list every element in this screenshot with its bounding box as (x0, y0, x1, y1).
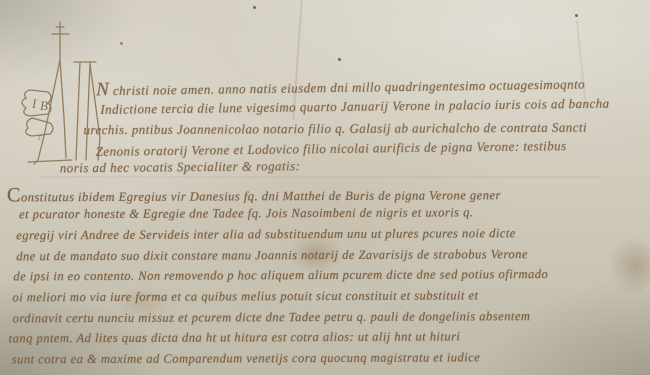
manuscript-line: Constitutus ibidem Egregius vir Danesius… (7, 182, 501, 207)
manuscript-line: ordinavit certu nunciu missuz et pcurem … (13, 309, 531, 326)
manuscript-page: I B c N christi noie amen. anno natis ei… (0, 0, 650, 375)
manuscript-line: sunt cotra ea & maxime ad Comparendum ve… (12, 350, 481, 367)
manuscript-line: et pcurator honeste & Egregie dne Tadee … (19, 205, 473, 222)
manuscript-line: oi meliori mo via iure forma et ca quibu… (12, 288, 478, 305)
manuscript-line: dne ut de mandato suo dixit constare man… (16, 247, 528, 264)
act-text-block: Constitutus ibidem Egregius vir Danesius… (0, 0, 650, 375)
manuscript-line: egregij viri Andree de Servideis inter a… (16, 226, 516, 243)
manuscript-line: tanq pntem. Ad lites quas dicta dna ht u… (9, 329, 461, 346)
manuscript-line: de ipsi in eo contento. Non removendo p … (13, 267, 548, 284)
